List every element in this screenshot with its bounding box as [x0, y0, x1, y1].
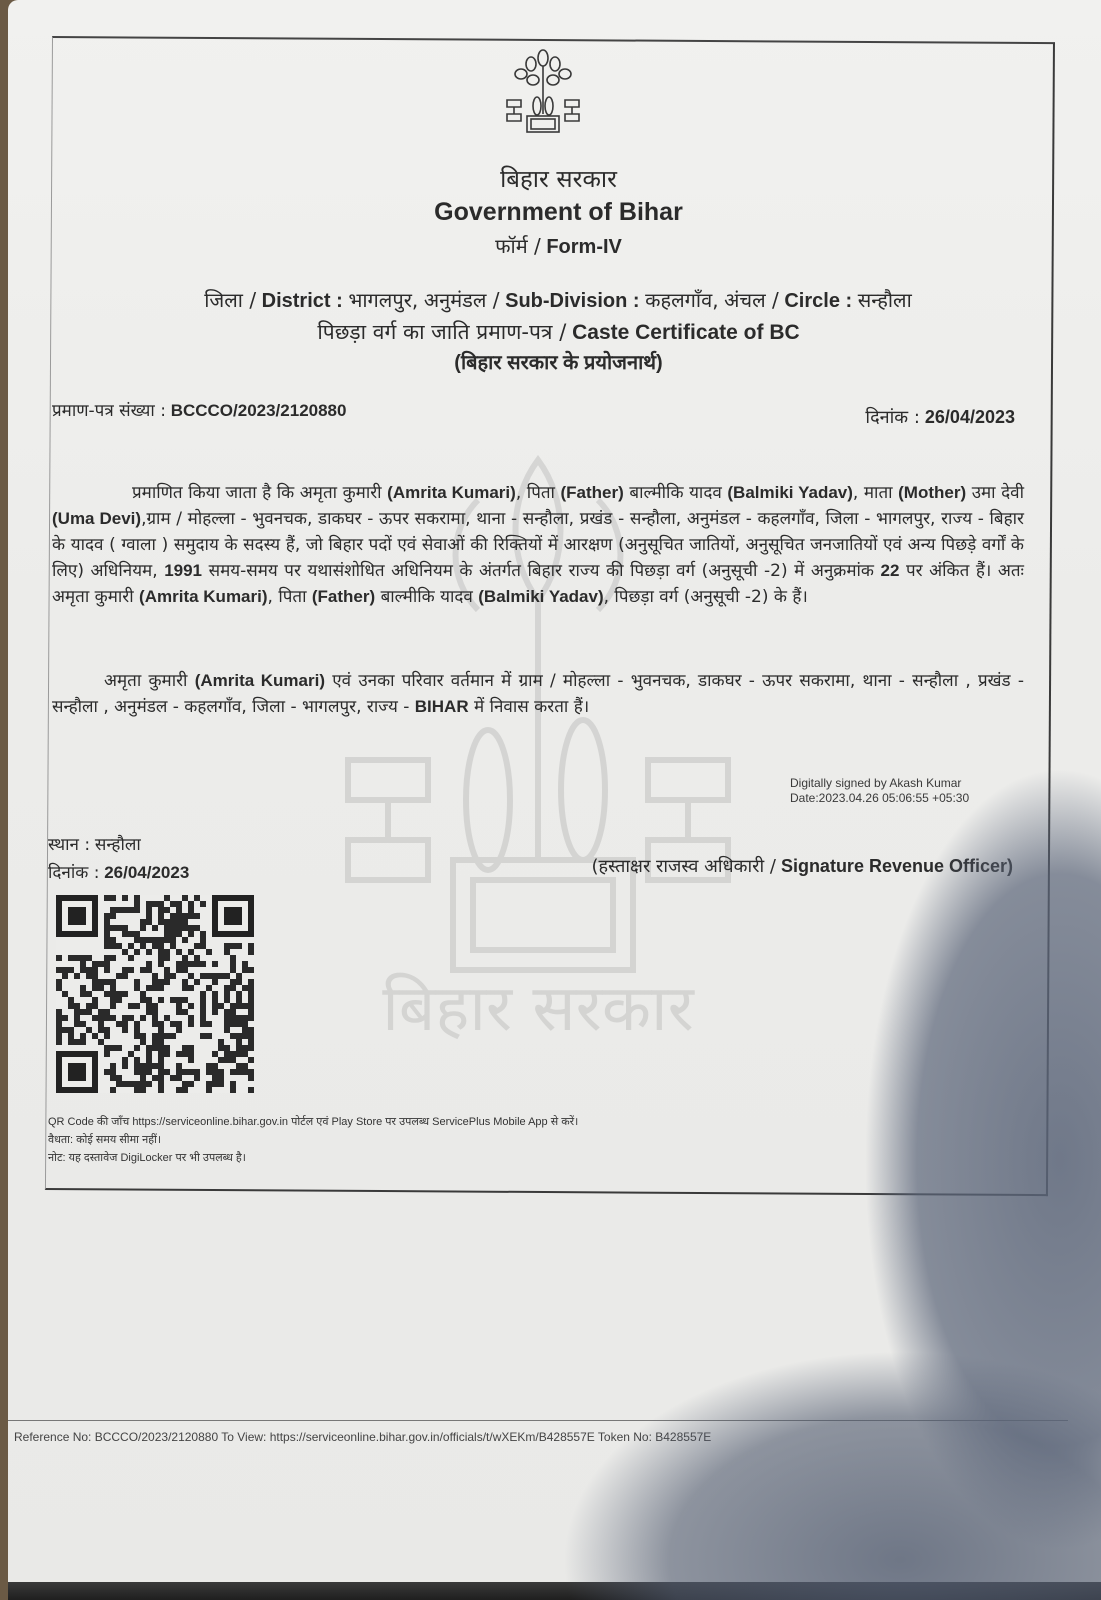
bihar-emblem-icon	[503, 48, 583, 136]
signature-label: (हस्ताक्षर राजस्व अधिकारी / Signature Re…	[592, 854, 1013, 878]
validity-note: वैधता: कोई समय सीमा नहीं।	[48, 1131, 578, 1149]
reference-line: Reference No: BCCCO/2023/2120880 To View…	[14, 1430, 711, 1444]
certificate-title: पिछड़ा वर्ग का जाति प्रमाण-पत्र / Caste …	[8, 318, 1101, 346]
certificate-date: दिनांक : 26/04/2023	[865, 405, 1015, 429]
digital-signature: Digitally signed by Akash Kumar Date:202…	[790, 776, 969, 806]
certificate-paper: बिहार सरकार बिहार सरकार Government of Bi…	[8, 0, 1101, 1600]
title-english: Government of Bihar	[8, 198, 1101, 227]
footer-divider	[8, 1420, 1068, 1421]
footer-notes: QR Code की जाँच https://serviceonline.bi…	[48, 1113, 578, 1167]
form-number: फॉर्म / Form-IV	[8, 232, 1101, 259]
qr-code[interactable]	[56, 895, 254, 1093]
qr-verification-note: QR Code की जाँच https://serviceonline.bi…	[48, 1113, 578, 1131]
place: स्थान : सन्हौला	[48, 832, 141, 855]
certificate-number: प्रमाण-पत्र संख्या : BCCCO/2023/2120880	[52, 398, 346, 421]
place-date: दिनांक : 26/04/2023	[48, 860, 189, 883]
table-edge	[8, 1582, 1101, 1600]
certification-paragraph: प्रमाणित किया जाता है कि अमृता कुमारी (A…	[52, 480, 1024, 610]
location-line: जिला / District : भागलपुर, अनुमंडल / Sub…	[128, 286, 988, 313]
digilocker-note: नोट: यह दस्तावेज DigiLocker पर भी उपलब्ध…	[48, 1149, 578, 1167]
residence-paragraph: अमृता कुमारी (Amrita Kumari) एवं उनका पर…	[52, 668, 1024, 720]
certificate-purpose: (बिहार सरकार के प्रयोजनार्थ)	[8, 348, 1101, 375]
title-hindi: बिहार सरकार	[8, 162, 1101, 195]
